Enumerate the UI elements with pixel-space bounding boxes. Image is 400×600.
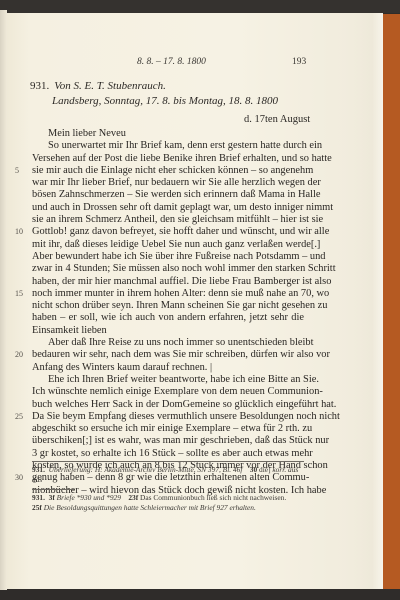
line-text: buch welches Herr Sack in der DomGemeine…	[32, 399, 336, 410]
line-text: mit ihr, daß dieses leidige Uebel Sie nu…	[32, 239, 320, 250]
critical-apparatus: 931. Überlieferung: H: Akademie-Archiv B…	[32, 465, 304, 485]
apparatus-divider	[32, 461, 304, 462]
text-line: sie mir auch die Einlage nicht eher schi…	[32, 165, 304, 177]
line-text: Versehen auf der Post die liebe Benike i…	[32, 153, 332, 164]
text-line: haben – er soll, wie ich auch von andern…	[32, 312, 304, 324]
line-text: zwar in 4 Stunden; Sie müssen also noch …	[32, 263, 336, 274]
text-line: haben, der mir hier manchmal auffiel. Di…	[32, 276, 304, 288]
commentary-note: Briefe *930 und *929	[57, 493, 121, 502]
line-text: nicht schon drüber seyn. Ihren Mann sche…	[32, 300, 327, 311]
commentary-note: Das Communionbuch ließ sich nicht nachwe…	[140, 493, 286, 502]
line-text: Ehe ich Ihren Brief weiter beantworte, h…	[48, 374, 319, 385]
text-line: Einsamkeit lieben	[32, 325, 304, 337]
line-text: überschiken[;] ist es wahr, was man mir …	[32, 435, 329, 446]
text-line: nicht schon drüber seyn. Ihren Mann sche…	[32, 300, 304, 312]
text-line: Ehe ich Ihren Brief weiter beantworte, h…	[32, 374, 304, 386]
line-text: bedauren wir sehr, nach dem was Sie mir …	[32, 349, 330, 360]
salutation: Mein lieber Neveu	[32, 128, 304, 140]
commentary-ref: 931.	[32, 493, 45, 502]
text-line: Da Sie beym Empfang dieses vermuthlich u…	[32, 411, 304, 423]
letter-heading: 931.Von S. E. T. Stubenrauch. Landsberg,…	[30, 79, 278, 109]
header-date-range: 8. 8. – 17. 8. 1800	[137, 57, 206, 67]
line-text: 3 gr kostet, so erhalte ich 16 Stück – s…	[32, 448, 313, 459]
apparatus-ref: 931.	[32, 465, 45, 474]
apparatus-line-ref: 30	[250, 465, 257, 474]
line-number: 10	[15, 226, 23, 238]
letter-body: Mein lieber Neveu So unerwartet mir Ihr …	[32, 128, 304, 497]
text-line: Aber bewundert habe ich Sie über ihre Fu…	[32, 251, 304, 263]
text-line: war mir Ihr lieber Brief, nur bedauern w…	[32, 177, 304, 189]
line-text: sie an ihrem Schmerz Antheil, den sie gl…	[32, 214, 323, 225]
text-line: Versehen auf der Post die liebe Benike i…	[32, 153, 304, 165]
line-text: Einsamkeit lieben	[32, 325, 107, 336]
line-text: Gottlob! ganz davon befreyet, sie hofft …	[32, 226, 329, 237]
text-line: buch welches Herr Sack in der DomGemeine…	[32, 399, 304, 411]
line-text: und auch in Drossen sehr oft damit gepla…	[32, 202, 333, 213]
text-line: abgeschikt so ersuche ich mir einige Exe…	[32, 423, 304, 435]
line-number: 5	[15, 165, 19, 177]
apparatus-text: Überlieferung: H: Akademie-Archiv Berlin…	[49, 465, 243, 474]
line-text: war mir Ihr lieber Brief, nur bedauern w…	[32, 177, 321, 188]
page-number: 193	[292, 57, 306, 67]
text-line: Gottlob! ganz davon befreyet, sie hofft …	[32, 226, 304, 238]
line-text: bösen Zahnschmerzen – Sie werden sich er…	[32, 189, 321, 200]
page-fore-edge	[373, 13, 383, 589]
text-line: bedauren wir sehr, nach dem was Sie mir …	[32, 349, 304, 361]
book-gutter	[0, 10, 7, 590]
commentary-note: Die Besoldungsquittungen hatte Schleierm…	[44, 503, 256, 512]
line-text: haben, der mir hier manchmal auffiel. Di…	[32, 276, 331, 287]
line-text: Da Sie beym Empfang dieses vermuthlich u…	[32, 411, 340, 422]
scan-background-top	[0, 0, 400, 13]
text-line: So unerwartet mir Ihr Brief kam, denn er…	[32, 140, 304, 152]
line-text: Aber bewundert habe ich Sie über ihre Fu…	[32, 251, 325, 262]
line-text: Anfang des Winters kaum darauf rechnen. …	[32, 362, 212, 373]
line-text: abgeschikt so ersuche ich mir einige Exe…	[32, 423, 312, 434]
letter-lines: So unerwartet mir Ihr Brief kam, denn er…	[32, 140, 304, 497]
line-text: haben – er soll, wie ich auch von andern…	[32, 312, 304, 323]
line-text: sie mir auch die Einlage nicht eher schi…	[32, 165, 313, 176]
commentary-line-ref: 23f	[128, 493, 138, 502]
text-line: noch immer munter in ihrem hohen Alter: …	[32, 288, 304, 300]
letter-date: d. 17ten August	[244, 114, 310, 125]
text-line: Aber daß Ihre Reise zu uns noch immer so…	[32, 337, 304, 349]
scan-background-bottom	[0, 589, 400, 600]
line-number: 25	[15, 411, 23, 423]
letter-sender: Von S. E. T. Stubenrauch.	[54, 80, 166, 92]
text-line: überschiken[;] ist es wahr, was man mir …	[32, 435, 304, 447]
text-line: Ich wünschte nemlich einige Exemplare vo…	[32, 386, 304, 398]
line-text: Aber daß Ihre Reise zu uns noch immer so…	[48, 337, 313, 348]
commentary: 931. 3f Briefe *930 und *929 23f Das Com…	[32, 493, 304, 513]
line-text: Ich wünschte nemlich einige Exemplare vo…	[32, 386, 323, 397]
text-line: sie an ihrem Schmerz Antheil, den sie gl…	[32, 214, 304, 226]
text-line: mit ihr, daß dieses leidige Uebel Sie nu…	[32, 239, 304, 251]
text-line: zwar in 4 Stunden; Sie müssen also noch …	[32, 263, 304, 275]
text-line: bösen Zahnschmerzen – Sie werden sich er…	[32, 189, 304, 201]
line-number: 30	[15, 472, 23, 484]
text-line: Anfang des Winters kaum darauf rechnen. …	[32, 362, 304, 374]
apparatus-lemma: die]	[259, 465, 271, 474]
text-line: und auch in Drossen sehr oft damit gepla…	[32, 202, 304, 214]
text-line: 3 gr kostet, so erhalte ich 16 Stück – s…	[32, 448, 304, 460]
line-number: 15	[15, 288, 23, 300]
line-number: 20	[15, 349, 23, 361]
commentary-divider	[32, 489, 74, 490]
letter-place-date: Landsberg, Sonntag, 17. 8. bis Montag, 1…	[30, 94, 278, 109]
letter-number: 931.	[30, 80, 49, 92]
line-text: So unerwartet mir Ihr Brief kam, denn er…	[48, 140, 322, 151]
commentary-line-ref: 25f	[32, 503, 42, 512]
line-text: noch immer munter in ihrem hohen Alter: …	[32, 288, 329, 299]
commentary-line-ref: 3f	[49, 493, 55, 502]
